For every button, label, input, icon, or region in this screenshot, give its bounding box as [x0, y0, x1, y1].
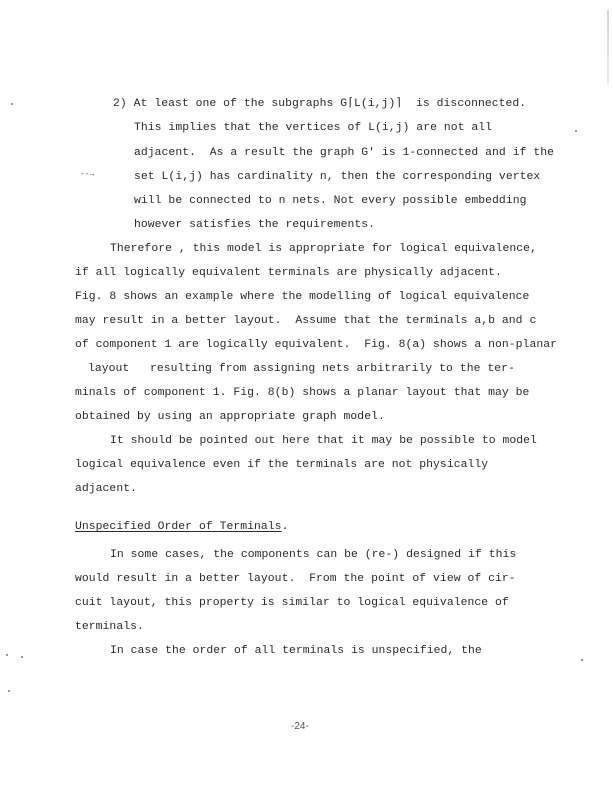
text-line: layout resulting from assigning nets arb…	[88, 362, 515, 376]
scan-speck	[575, 130, 577, 132]
text-line: terminals.	[75, 620, 144, 634]
text-line: logical equivalence even if the terminal…	[75, 458, 488, 472]
text-line: minals of component 1. Fig. 8(b) shows a…	[75, 386, 529, 400]
text-line: will be connected to n nets. Not every p…	[134, 194, 526, 208]
text-line: set L(i,j) has cardinality n, then the c…	[134, 170, 540, 184]
scan-speck	[581, 659, 583, 661]
text-line: however satisfies the requirements.	[134, 218, 375, 232]
text-line: In some cases, the components can be (re…	[110, 548, 516, 562]
text-line: would result in a better layout. From th…	[75, 572, 516, 586]
margin-mark: --→	[80, 170, 94, 179]
text-line: if all logically equivalent terminals ar…	[75, 266, 502, 280]
text-line: Therefore , this model is appropriate fo…	[110, 242, 537, 256]
text-line: of component 1 are logically equivalent.…	[75, 338, 557, 352]
text-line: It should be pointed out here that it ma…	[110, 434, 537, 448]
section-heading: Unspecified Order of Terminals.	[75, 520, 288, 534]
text-line: In case the order of all terminals is un…	[110, 644, 482, 658]
text-line: 2) At least one of the subgraphs G⌈L(i,j…	[113, 97, 526, 111]
text-line: may result in a better layout. Assume th…	[75, 314, 536, 328]
section-heading-text: Unspecified Order of Terminals	[75, 521, 282, 533]
scan-speck	[8, 690, 10, 692]
text-line: This implies that the vertices of L(i,j)…	[134, 121, 492, 135]
page-number: -24-	[291, 721, 309, 732]
scan-artifact	[607, 10, 609, 85]
text-line: adjacent.	[75, 482, 137, 496]
scan-speck	[6, 654, 8, 656]
text-line: cuit layout, this property is similar to…	[75, 596, 509, 610]
section-heading-period: .	[282, 521, 289, 533]
scan-speck	[21, 656, 23, 658]
scan-speck	[11, 103, 13, 105]
text-line: adjacent. As a result the graph G' is 1-…	[134, 146, 554, 160]
text-line: Fig. 8 shows an example where the modell…	[75, 290, 529, 304]
text-line: obtained by using an appropriate graph m…	[75, 410, 385, 424]
